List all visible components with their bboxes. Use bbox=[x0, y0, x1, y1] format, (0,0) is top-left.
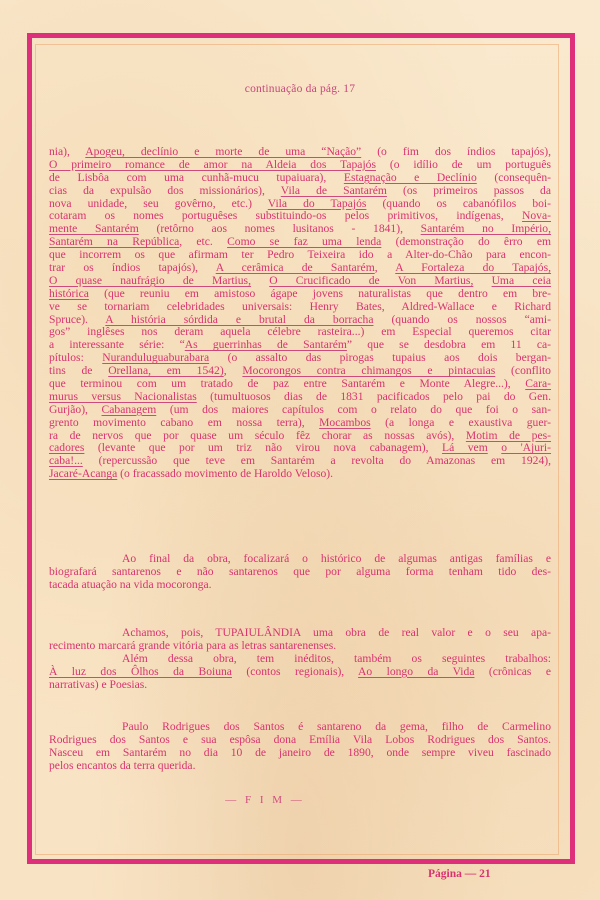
underlined-title: Nuranduluguaburabara bbox=[102, 351, 209, 364]
underlined-title: Santarém no Império, bbox=[421, 222, 551, 235]
paragraph-author-bio: Paulo Rodrigues dos Santos é santareno d… bbox=[49, 721, 551, 773]
text-line: narrativas) e Poesias. bbox=[49, 679, 551, 692]
underlined-title: A história sórdida e brutal da borracha bbox=[105, 313, 373, 326]
underlined-title: O primeiro romance de amor na Aldeia dos… bbox=[49, 158, 376, 171]
text-line: Nasceu em Santarém no dia 10 de janeiro … bbox=[49, 747, 551, 760]
underlined-title: A Fortaleza do Tapajós, bbox=[395, 261, 551, 274]
text-line: Achamos, pois, TUPAIULÂNDIA uma obra de … bbox=[49, 627, 551, 640]
underlined-title: Vila de Santarém bbox=[281, 184, 387, 197]
underlined-title: murus versus Nacionalistas bbox=[49, 390, 197, 403]
underlined-title: Como se faz uma lenda bbox=[227, 235, 381, 248]
underlined-title: Nova- bbox=[522, 209, 551, 222]
paragraph-conclusion-unpublished-works: Achamos, pois, TUPAIULÂNDIA uma obra de … bbox=[49, 627, 551, 691]
underlined-title: Mocambos bbox=[319, 416, 371, 429]
text-line: Gurjão), Cabanagem (um dos maiores capít… bbox=[49, 404, 551, 417]
paragraph-chapters-list: nia), Apogeu, declínio e morte de uma “N… bbox=[49, 146, 551, 481]
underlined-title: caba!... bbox=[49, 454, 83, 467]
underlined-title: cadores bbox=[49, 441, 84, 454]
text-line: pelos encantos da terra querida. bbox=[49, 760, 551, 773]
underlined-title: Motim de pes- bbox=[466, 429, 551, 442]
underlined-title: Cabanagem bbox=[102, 403, 157, 416]
underlined-title: Mocorongos contra chimangos e pintacuias bbox=[242, 364, 495, 377]
underlined-title: histórica bbox=[49, 287, 89, 300]
underlined-title: Cara- bbox=[525, 377, 551, 390]
text-line: histórica (que reuniu em amistoso ágape … bbox=[49, 288, 551, 301]
underlined-title: Estagnação e Declínio bbox=[344, 171, 477, 184]
underlined-title: Ao longo da Vida bbox=[358, 665, 474, 678]
underlined-title: mente Santarém bbox=[49, 222, 139, 235]
continuation-header: continuação da pág. 17 bbox=[0, 83, 600, 95]
underlined-title: Uma ceia bbox=[492, 274, 551, 287]
underlined-title: Apogeu, declínio e morte de uma “Nação” bbox=[85, 145, 361, 158]
underlined-title: Vila do Tapajós bbox=[268, 197, 367, 210]
underlined-title: O quase naufrágio de Martius, bbox=[49, 274, 251, 287]
page-number: Página — 21 bbox=[428, 868, 491, 880]
end-mark: — F I M — bbox=[0, 794, 530, 806]
text-line: Jacaré-Acanga (o fracassado movimento de… bbox=[49, 468, 551, 481]
underlined-title: À luz dos Ôlhos da Boiuna bbox=[49, 665, 232, 678]
underlined-title: Lá vem bbox=[442, 441, 488, 454]
text-line: O quase naufrágio de Martius, O Crucific… bbox=[49, 275, 551, 288]
underlined-title: Orellana, em 1542) bbox=[108, 364, 224, 377]
underlined-title: A cerâmica de Santarém bbox=[216, 261, 375, 274]
text-line: Paulo Rodrigues dos Santos é santareno d… bbox=[49, 721, 551, 734]
text-line: Rodrigues dos Santos e sua espôsa dona E… bbox=[49, 734, 551, 747]
underlined-title: O Crucificado de Von Martius, bbox=[269, 274, 473, 287]
underlined-title: Jacaré-Acanga bbox=[49, 467, 117, 480]
text-line: recimento marcará grande vitória para as… bbox=[49, 640, 551, 653]
text-line: Ao final da obra, focalizará o histórico… bbox=[49, 553, 551, 566]
underlined-title: o 'Ajuri- bbox=[501, 441, 551, 454]
text-line: tacada atuação na vida mocoronga. bbox=[49, 579, 551, 592]
underlined-title: As guerrinhas de Santarém bbox=[185, 338, 347, 351]
underlined-title: Santarém na República bbox=[49, 235, 179, 248]
paragraph-families: Ao final da obra, focalizará o histórico… bbox=[49, 553, 551, 592]
text-line: À luz dos Ôlhos da Boiuna (contos region… bbox=[49, 666, 551, 679]
text-line: biografará santarenos e não santarenos q… bbox=[49, 566, 551, 579]
